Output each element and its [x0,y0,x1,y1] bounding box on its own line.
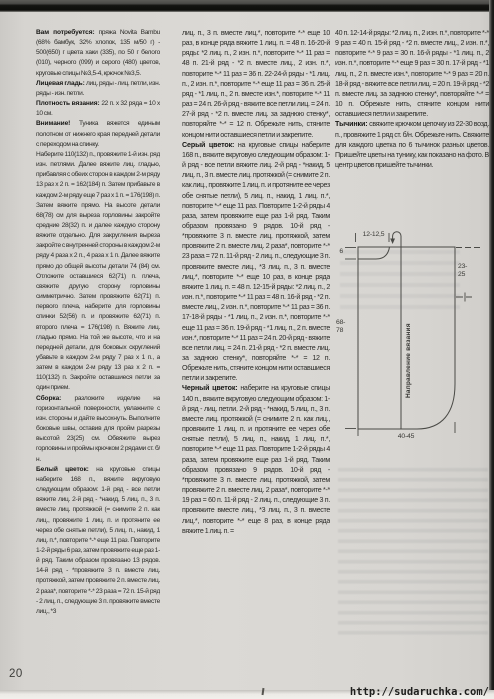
paragraph: лиц. п., 3 п. вместе лиц.*, повторите *-… [182,28,330,140]
direction-arrow-head [390,239,395,245]
paragraph-lead: Черный цветок: [182,384,240,392]
paragraph-lead: Внимание! [36,120,79,127]
paragraph: Наберите 110(132) п., провяжите 1-й изн.… [36,150,160,394]
measurement-neck-depth: 6 [333,248,343,256]
schematic-neckline [358,247,390,259]
scan-border-top [0,0,494,12]
measurement-armhole: 23- 25 [458,263,467,279]
watermark-url: http://sudaruchka.com/ [350,686,489,698]
paragraph: Вам потребуется: пряжа Novita Bambu (68%… [36,28,160,79]
measurement-bottom-width: 40-45 [383,433,429,441]
paragraph: Плотность вязания: 22 п. х 32 ряда = 10 … [36,99,160,119]
paragraph-lead: Серый цветок: [182,141,238,149]
paragraph: 40 п. 12-14-й ряды: *2 лиц. п., 2 изн. п… [335,28,489,119]
bleed-through-artifact [338,468,488,640]
paragraph: Белый цветок: на круговые спицы наберите… [36,465,160,617]
text-column-middle: лиц. п., 3 п. вместе лиц.*, повторите *-… [182,28,330,678]
text-column-right: 40 п. 12-14-й ряды: *2 лиц. п., 2 изн. п… [335,28,489,226]
paragraph: Черный цветок: наберите на круговые спиц… [182,383,330,535]
pattern-schematic: 12-12,5 6 68- 78 23- 25 40-45 Направлени… [333,226,493,448]
paragraph-lead: Лицевая гладь: [36,80,86,87]
measurement-top-width: 12-12,5 [356,231,391,239]
measurement-length: 68- 78 [336,319,345,335]
paragraph-lead: Плотность вязания: [36,100,101,107]
page-number: 20 [9,668,23,680]
paragraph-lead: Белый цветок: [36,466,96,473]
paragraph: Серый цветок: на круговые спицы наберите… [182,140,330,384]
paragraph-lead: Вам потребуется: [36,29,99,36]
text-column-left: Вам потребуется: пряжа Novita Bambu (68%… [36,28,160,678]
paragraph-lead: Тычинки: [335,120,369,128]
knitting-direction-label: Направление вязания [405,323,413,398]
paragraph: Лицевая гладь: лиц. ряды - лиц. петли, и… [36,79,160,99]
paragraph-lead: Сборка: [36,395,75,402]
direction-arrow-line [393,232,401,429]
paragraph: Сборка: разложите изделие на горизонталь… [36,394,160,465]
paragraph: Тычинки: свяжите крючком цепочку из 22-3… [335,119,489,170]
magazine-page: Вам потребуется: пряжа Novita Bambu (68%… [0,0,494,699]
paragraph: Внимание! Туника вяжется единым полотном… [36,119,160,149]
